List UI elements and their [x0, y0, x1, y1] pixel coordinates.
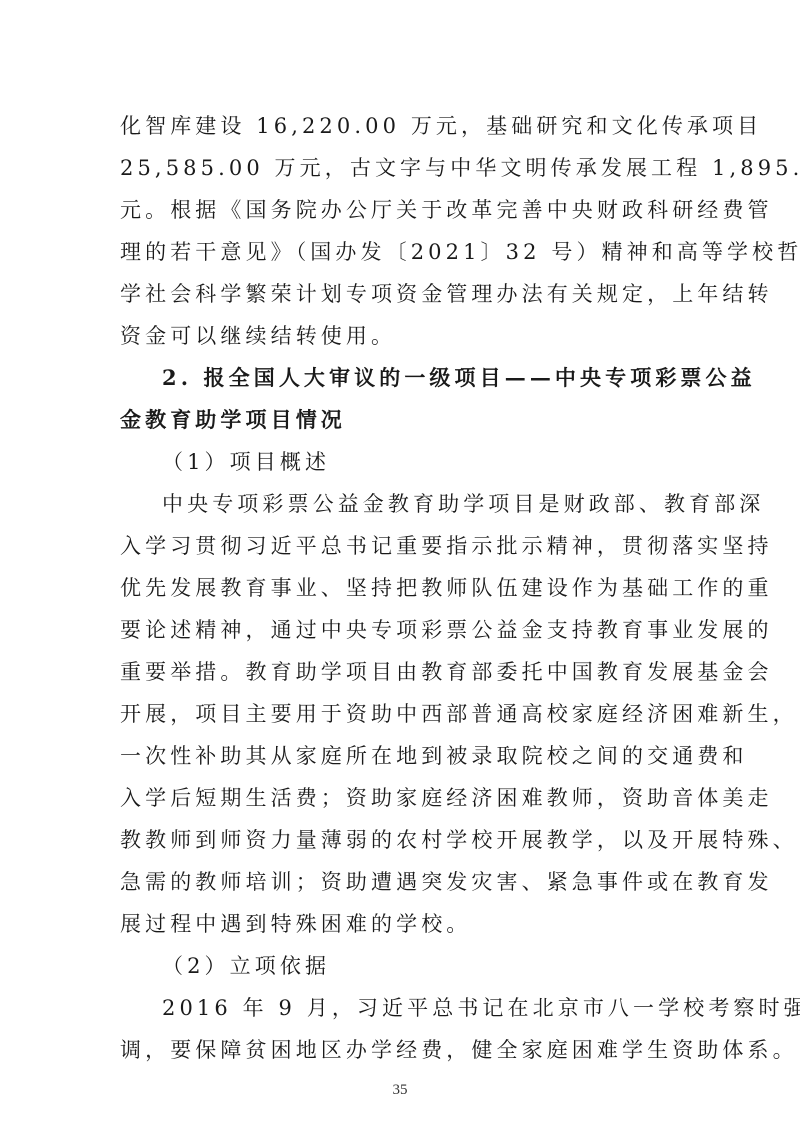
section-heading: 2. 报全国人大审议的一级项目——中央专项彩票公益 — [162, 364, 692, 392]
body-line: 化智库建设 16,220.00 万元，基础研究和文化传承项目 — [120, 112, 692, 140]
subheading-project-basis: （2）立项依据 — [162, 952, 692, 980]
body-line: 急需的教师培训；资助遭遇突发灾害、紧急事件或在教育发 — [120, 868, 692, 896]
body-line: 调，要保障贫困地区办学经费，健全家庭困难学生资助体系。 — [120, 1036, 692, 1064]
body-line: 元。根据《国务院办公厅关于改革完善中央财政科研经费管 — [120, 196, 692, 224]
subheading-project-overview: （1）项目概述 — [162, 448, 692, 476]
page-number: 35 — [0, 1082, 800, 1099]
document-page: 化智库建设 16,220.00 万元，基础研究和文化传承项目 25,585.00… — [0, 0, 800, 1131]
body-line: 教教师到师资力量薄弱的农村学校开展教学，以及开展特殊、 — [120, 826, 692, 854]
body-line: 25,585.00 万元，古文字与中华文明传承发展工程 1,895.00 万 — [120, 154, 692, 182]
body-line: 优先发展教育事业、坚持把教师队伍建设作为基础工作的重 — [120, 574, 692, 602]
body-line: 学社会科学繁荣计划专项资金管理办法有关规定，上年结转 — [120, 280, 692, 308]
body-line: 入学后短期生活费；资助家庭经济困难教师，资助音体美走 — [120, 784, 692, 812]
body-line: 理的若干意见》（国办发〔2021〕32 号）精神和高等学校哲 — [120, 238, 692, 266]
section-heading: 金教育助学项目情况 — [120, 406, 692, 434]
body-line: 开展，项目主要用于资助中西部普通高校家庭经济困难新生， — [120, 700, 692, 728]
body-line: 2016 年 9 月，习近平总书记在北京市八一学校考察时强 — [162, 994, 692, 1022]
body-line: 中央专项彩票公益金教育助学项目是财政部、教育部深 — [162, 490, 692, 518]
body-line: 一次性补助其从家庭所在地到被录取院校之间的交通费和 — [120, 742, 692, 770]
body-line: 展过程中遇到特殊困难的学校。 — [120, 910, 692, 938]
body-line: 资金可以继续结转使用。 — [120, 322, 692, 350]
body-line: 重要举措。教育助学项目由教育部委托中国教育发展基金会 — [120, 658, 692, 686]
body-line: 入学习贯彻习近平总书记重要指示批示精神，贯彻落实坚持 — [120, 532, 692, 560]
body-line: 要论述精神，通过中央专项彩票公益金支持教育事业发展的 — [120, 616, 692, 644]
